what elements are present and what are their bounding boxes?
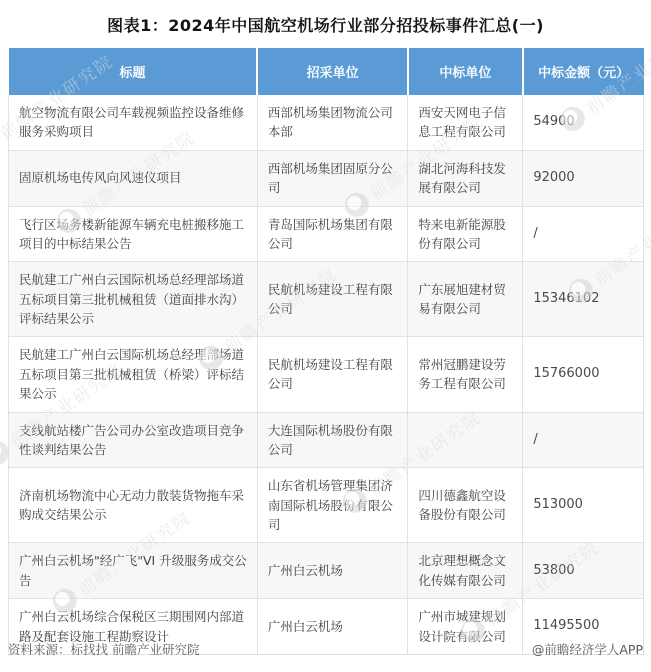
header-title: 标题 [9, 48, 258, 95]
header-winner: 中标单位 [408, 48, 523, 95]
bidding-events-table: 标题 招采单位 中标单位 中标金额（元） 航空物流有限公司车载视频监控设备维修服… [8, 48, 644, 655]
cell-buyer: 西部机场集团物流公司本部 [257, 95, 407, 150]
cell-winner [408, 412, 523, 468]
cell-amount: 53800 [523, 543, 644, 599]
cell-buyer: 广州白云机场 [257, 543, 407, 599]
cell-winner: 常州冠鹏建设劳务工程有限公司 [408, 337, 523, 412]
credit-note: @前瞻经济学人APP [532, 640, 643, 658]
cell-title: 飞行区场务楼新能源车辆充电桩搬移施工项目的中标结果公告 [9, 206, 258, 262]
cell-winner: 四川德鑫航空设备股份有限公司 [408, 468, 523, 543]
cell-amount: 92000 [523, 150, 644, 206]
cell-amount: 513000 [523, 468, 644, 543]
table-row: 固原机场电传风向风速仪项目西部机场集团固原分公司湖北河海科技发展有限公司9200… [9, 150, 644, 206]
cell-amount: 15766000 [523, 337, 644, 412]
cell-title: 济南机场物流中心无动力散装货物拖车采购成交结果公示 [9, 468, 258, 543]
cell-winner: 广东展旭建材贸易有限公司 [408, 262, 523, 337]
cell-buyer: 青岛国际机场集团有限公司 [257, 206, 407, 262]
cell-buyer: 大连国际机场股份有限公司 [257, 412, 407, 468]
table-row: 民航建工广州白云国际机场总经理部场道五标项目第三批机械租赁（道面排水沟）评标结果… [9, 262, 644, 337]
cell-amount: 15346102 [523, 262, 644, 337]
cell-title: 民航建工广州白云国际机场总经理部场道五标项目第三批机械租赁（桥梁）评标结果公示 [9, 337, 258, 412]
table-row: 广州白云机场"经广飞"VI 升级服务成交公告广州白云机场北京理想概念文化传媒有限… [9, 543, 644, 599]
table-body: 航空物流有限公司车载视频监控设备维修服务采购项目西部机场集团物流公司本部西安天网… [9, 95, 644, 654]
cell-amount: / [523, 206, 644, 262]
cell-title: 航空物流有限公司车载视频监控设备维修服务采购项目 [9, 95, 258, 150]
cell-winner: 特来电新能源股份有限公司 [408, 206, 523, 262]
table-row: 飞行区场务楼新能源车辆充电桩搬移施工项目的中标结果公告青岛国际机场集团有限公司特… [9, 206, 644, 262]
header-buyer: 招采单位 [257, 48, 407, 95]
cell-winner: 北京理想概念文化传媒有限公司 [408, 543, 523, 599]
cell-winner: 湖北河海科技发展有限公司 [408, 150, 523, 206]
table-row: 济南机场物流中心无动力散装货物拖车采购成交结果公示山东省机场管理集团济南国际机场… [9, 468, 644, 543]
table-row: 支线航站楼广告公司办公室改造项目竞争性谈判结果公告大连国际机场股份有限公司/ [9, 412, 644, 468]
cell-buyer: 民航机场建设工程有限公司 [257, 262, 407, 337]
cell-title: 民航建工广州白云国际机场总经理部场道五标项目第三批机械租赁（道面排水沟）评标结果… [9, 262, 258, 337]
chart-title: 图表1：2024年中国航空机场行业部分招投标事件汇总(一) [0, 0, 651, 35]
cell-buyer: 山东省机场管理集团济南国际机场股份有限公司 [257, 468, 407, 543]
table-row: 航空物流有限公司车载视频监控设备维修服务采购项目西部机场集团物流公司本部西安天网… [9, 95, 644, 150]
cell-amount: / [523, 412, 644, 468]
cell-title: 固原机场电传风向风速仪项目 [9, 150, 258, 206]
cell-title: 支线航站楼广告公司办公室改造项目竞争性谈判结果公告 [9, 412, 258, 468]
footer: 资料来源：标找找 前瞻产业研究院 @前瞻经济学人APP [8, 640, 643, 658]
header-row: 标题 招采单位 中标单位 中标金额（元） [9, 48, 644, 95]
table-row: 民航建工广州白云国际机场总经理部场道五标项目第三批机械租赁（桥梁）评标结果公示民… [9, 337, 644, 412]
source-note: 资料来源：标找找 前瞻产业研究院 [8, 640, 199, 658]
cell-amount: 54900 [523, 95, 644, 150]
report-chart-page: 图表1：2024年中国航空机场行业部分招投标事件汇总(一) 标题 招采单位 中标… [0, 0, 651, 672]
cell-title: 广州白云机场"经广飞"VI 升级服务成交公告 [9, 543, 258, 599]
cell-buyer: 民航机场建设工程有限公司 [257, 337, 407, 412]
header-amount: 中标金额（元） [523, 48, 644, 95]
table-header: 标题 招采单位 中标单位 中标金额（元） [9, 48, 644, 95]
cell-winner: 西安天网电子信息工程有限公司 [408, 95, 523, 150]
qianzhan-logo-icon [0, 128, 3, 161]
cell-buyer: 西部机场集团固原分公司 [257, 150, 407, 206]
